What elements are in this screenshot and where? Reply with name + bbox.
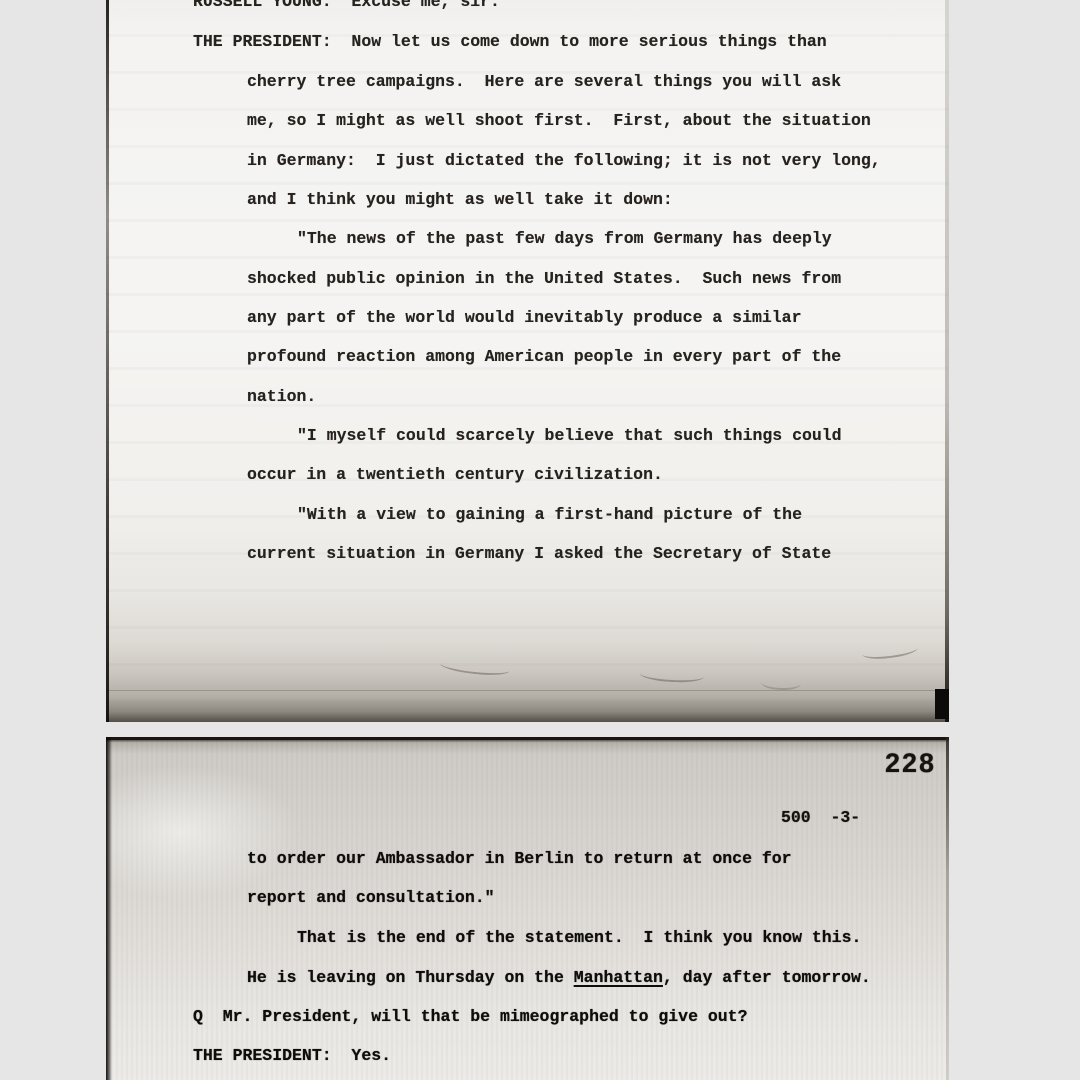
transcript-line: THE PRESIDENT: Yes. <box>193 1046 391 1066</box>
scan-corner-mark <box>935 689 949 719</box>
transcript-line: report and consultation." <box>247 888 495 908</box>
scan-smudge-mark <box>640 666 705 683</box>
transcript-line: to order our Ambassador in Berlin to ret… <box>247 849 792 869</box>
transcript-text: He is leaving on Thursday on the <box>247 968 574 987</box>
transcript-line: RUSSELL YOUNG: Excuse me, sir. <box>193 0 500 12</box>
scan-smudge-mark <box>761 675 801 690</box>
scan-seam-line <box>106 690 949 691</box>
transcript-line: occur in a twentieth century civilizatio… <box>247 465 663 485</box>
transcript-text: , day after tomorrow. <box>663 968 871 987</box>
transcript-line: shocked public opinion in the United Sta… <box>247 269 841 289</box>
page-edge-shadow-left <box>106 0 109 722</box>
transcript-line: profound reaction among American people … <box>247 347 841 367</box>
scanned-page-1: RUSSELL YOUNG: Excuse me, sir. THE PRESI… <box>106 0 949 722</box>
transcript-line: "The news of the past few days from Germ… <box>297 229 832 249</box>
scanned-page-2: 228 500 -3- to order our Ambassador in B… <box>106 737 949 1080</box>
transcript-line: "With a view to gaining a first-hand pic… <box>297 505 802 525</box>
transcript-line: any part of the world would inevitably p… <box>247 308 802 328</box>
transcript-line: me, so I might as well shoot first. Firs… <box>247 111 871 131</box>
page-edge-shadow-left <box>106 737 112 1080</box>
transcript-line: THE PRESIDENT: Now let us come down to m… <box>193 32 827 52</box>
transcript-line: He is leaving on Thursday on the Manhatt… <box>247 968 871 988</box>
ship-name-underlined: Manhattan <box>574 968 663 987</box>
transcript-line: Q Mr. President, will that be mimeograph… <box>193 1007 748 1027</box>
transcript-line: "I myself could scarcely believe that su… <box>297 426 842 446</box>
scan-smudge-mark <box>861 641 918 662</box>
page-edge-shadow-right <box>945 0 949 722</box>
transcript-line: cherry tree campaigns. Here are several … <box>247 72 841 92</box>
transcript-line: current situation in Germany I asked the… <box>247 544 831 564</box>
transcript-line: and I think you might as well take it do… <box>247 190 673 210</box>
page-header-number: 500 -3- <box>781 808 860 828</box>
page-number-stamp: 228 <box>885 748 936 779</box>
scan-smudge-mark <box>439 656 510 677</box>
transcript-line: That is the end of the statement. I thin… <box>297 928 861 948</box>
page-edge-shadow-top <box>106 737 949 742</box>
page-edge-shadow-right <box>946 737 949 1080</box>
transcript-line: nation. <box>247 387 316 407</box>
transcript-line: in Germany: I just dictated the followin… <box>247 151 881 171</box>
